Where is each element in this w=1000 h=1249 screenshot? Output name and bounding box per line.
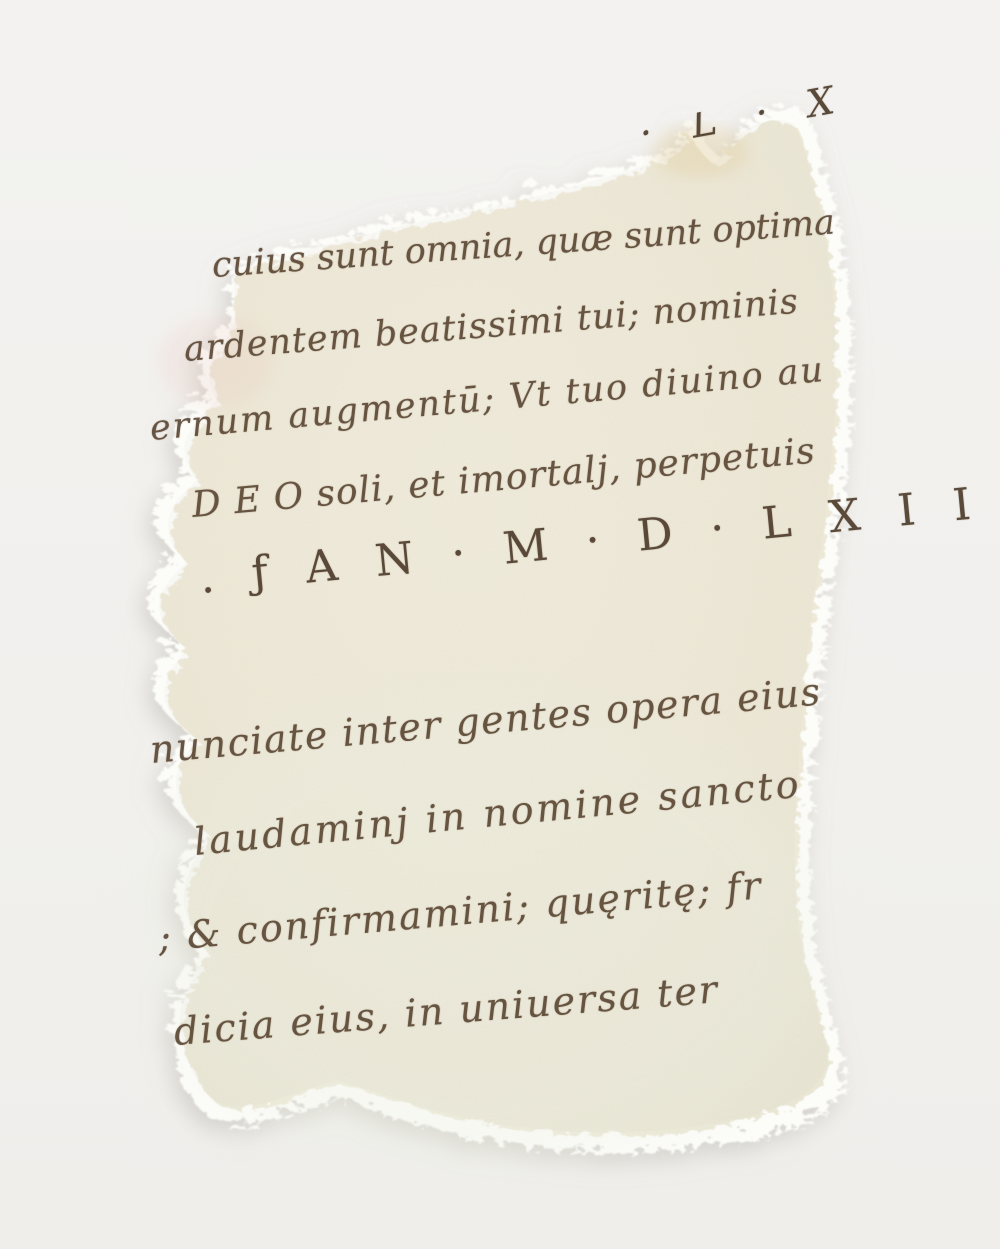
manuscript-line: ardentem beatissimi tui; nominis bbox=[182, 282, 800, 370]
manuscript-top-fragment: · L · X bbox=[636, 76, 851, 156]
manuscript-text-layer: · L · X cuius sunt omnia, quæ sunt optim… bbox=[0, 0, 1000, 1249]
manuscript-line: dicia eius, in uniuersa ter bbox=[172, 967, 720, 1054]
manuscript-photo: · L · X cuius sunt omnia, quæ sunt optim… bbox=[0, 0, 1000, 1249]
manuscript-line: cuius sunt omnia, quæ sunt optima bbox=[211, 202, 837, 285]
manuscript-line: nunciate inter gentes opera eius bbox=[148, 669, 823, 772]
manuscript-line: ; & confirmamini; quęritę; fr bbox=[156, 863, 764, 960]
manuscript-line: laudaminj in nomine sancto bbox=[192, 762, 804, 864]
